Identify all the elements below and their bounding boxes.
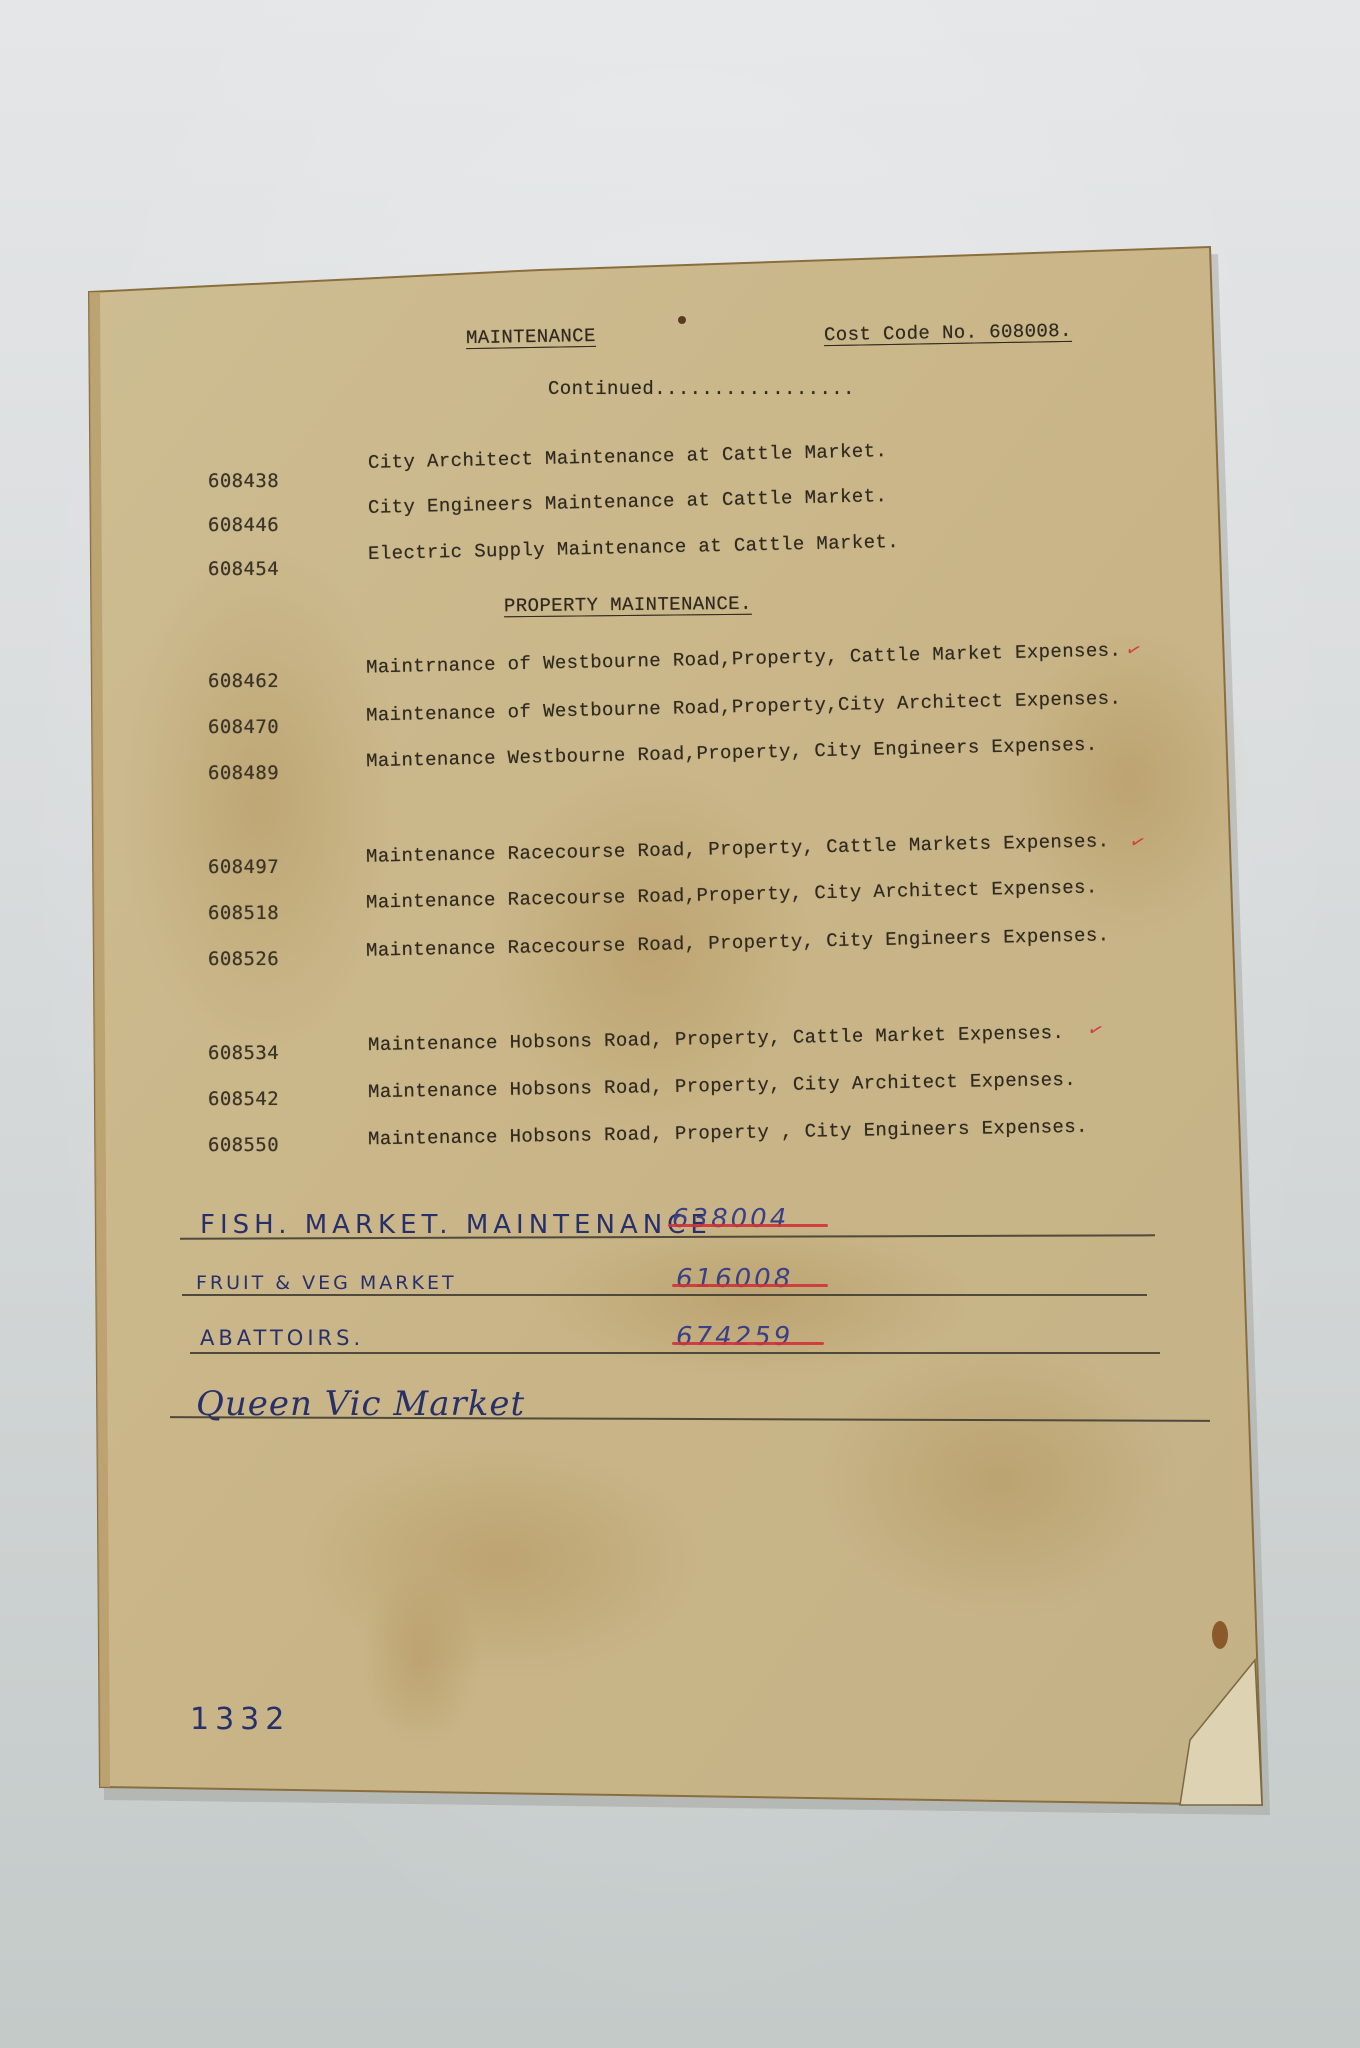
ruled-line bbox=[182, 1294, 1147, 1296]
struck-code: 616008 bbox=[676, 1264, 793, 1294]
ruled-line bbox=[190, 1352, 1160, 1354]
red-strikethrough bbox=[672, 1342, 824, 1345]
section-title: MAINTENANCE bbox=[466, 325, 596, 349]
paper-sheet: MAINTENANCE Cost Code No. 608008. Contin… bbox=[0, 0, 1360, 2048]
struck-code: 638004 bbox=[672, 1204, 789, 1234]
item-code: 608518 bbox=[208, 902, 279, 924]
item-code: 608462 bbox=[208, 670, 279, 692]
red-strikethrough bbox=[668, 1224, 828, 1227]
item-code: 608534 bbox=[208, 1042, 279, 1064]
item-code: 608446 bbox=[208, 514, 279, 536]
page-number: 1332 bbox=[190, 1702, 290, 1737]
item-code: 608470 bbox=[208, 716, 279, 738]
struck-code: 674259 bbox=[676, 1322, 793, 1352]
item-code: 608542 bbox=[208, 1088, 279, 1110]
item-code: 608454 bbox=[208, 558, 279, 580]
item-code: 608550 bbox=[208, 1134, 279, 1156]
item-code: 608526 bbox=[208, 948, 279, 970]
cost-code: Cost Code No. 608008. bbox=[824, 320, 1072, 346]
handwritten-label: FRUIT & VEG MARKET bbox=[196, 1272, 457, 1294]
continued-label: Continued................. bbox=[548, 378, 855, 400]
handwritten-label: ABATTOIRS. bbox=[200, 1326, 364, 1350]
item-code: 608438 bbox=[208, 470, 279, 492]
item-code: 608497 bbox=[208, 856, 279, 878]
red-strikethrough bbox=[672, 1284, 828, 1287]
item-code: 608489 bbox=[208, 762, 279, 784]
property-heading: PROPERTY MAINTENANCE. bbox=[504, 593, 752, 618]
paper-shape bbox=[0, 0, 1360, 2048]
